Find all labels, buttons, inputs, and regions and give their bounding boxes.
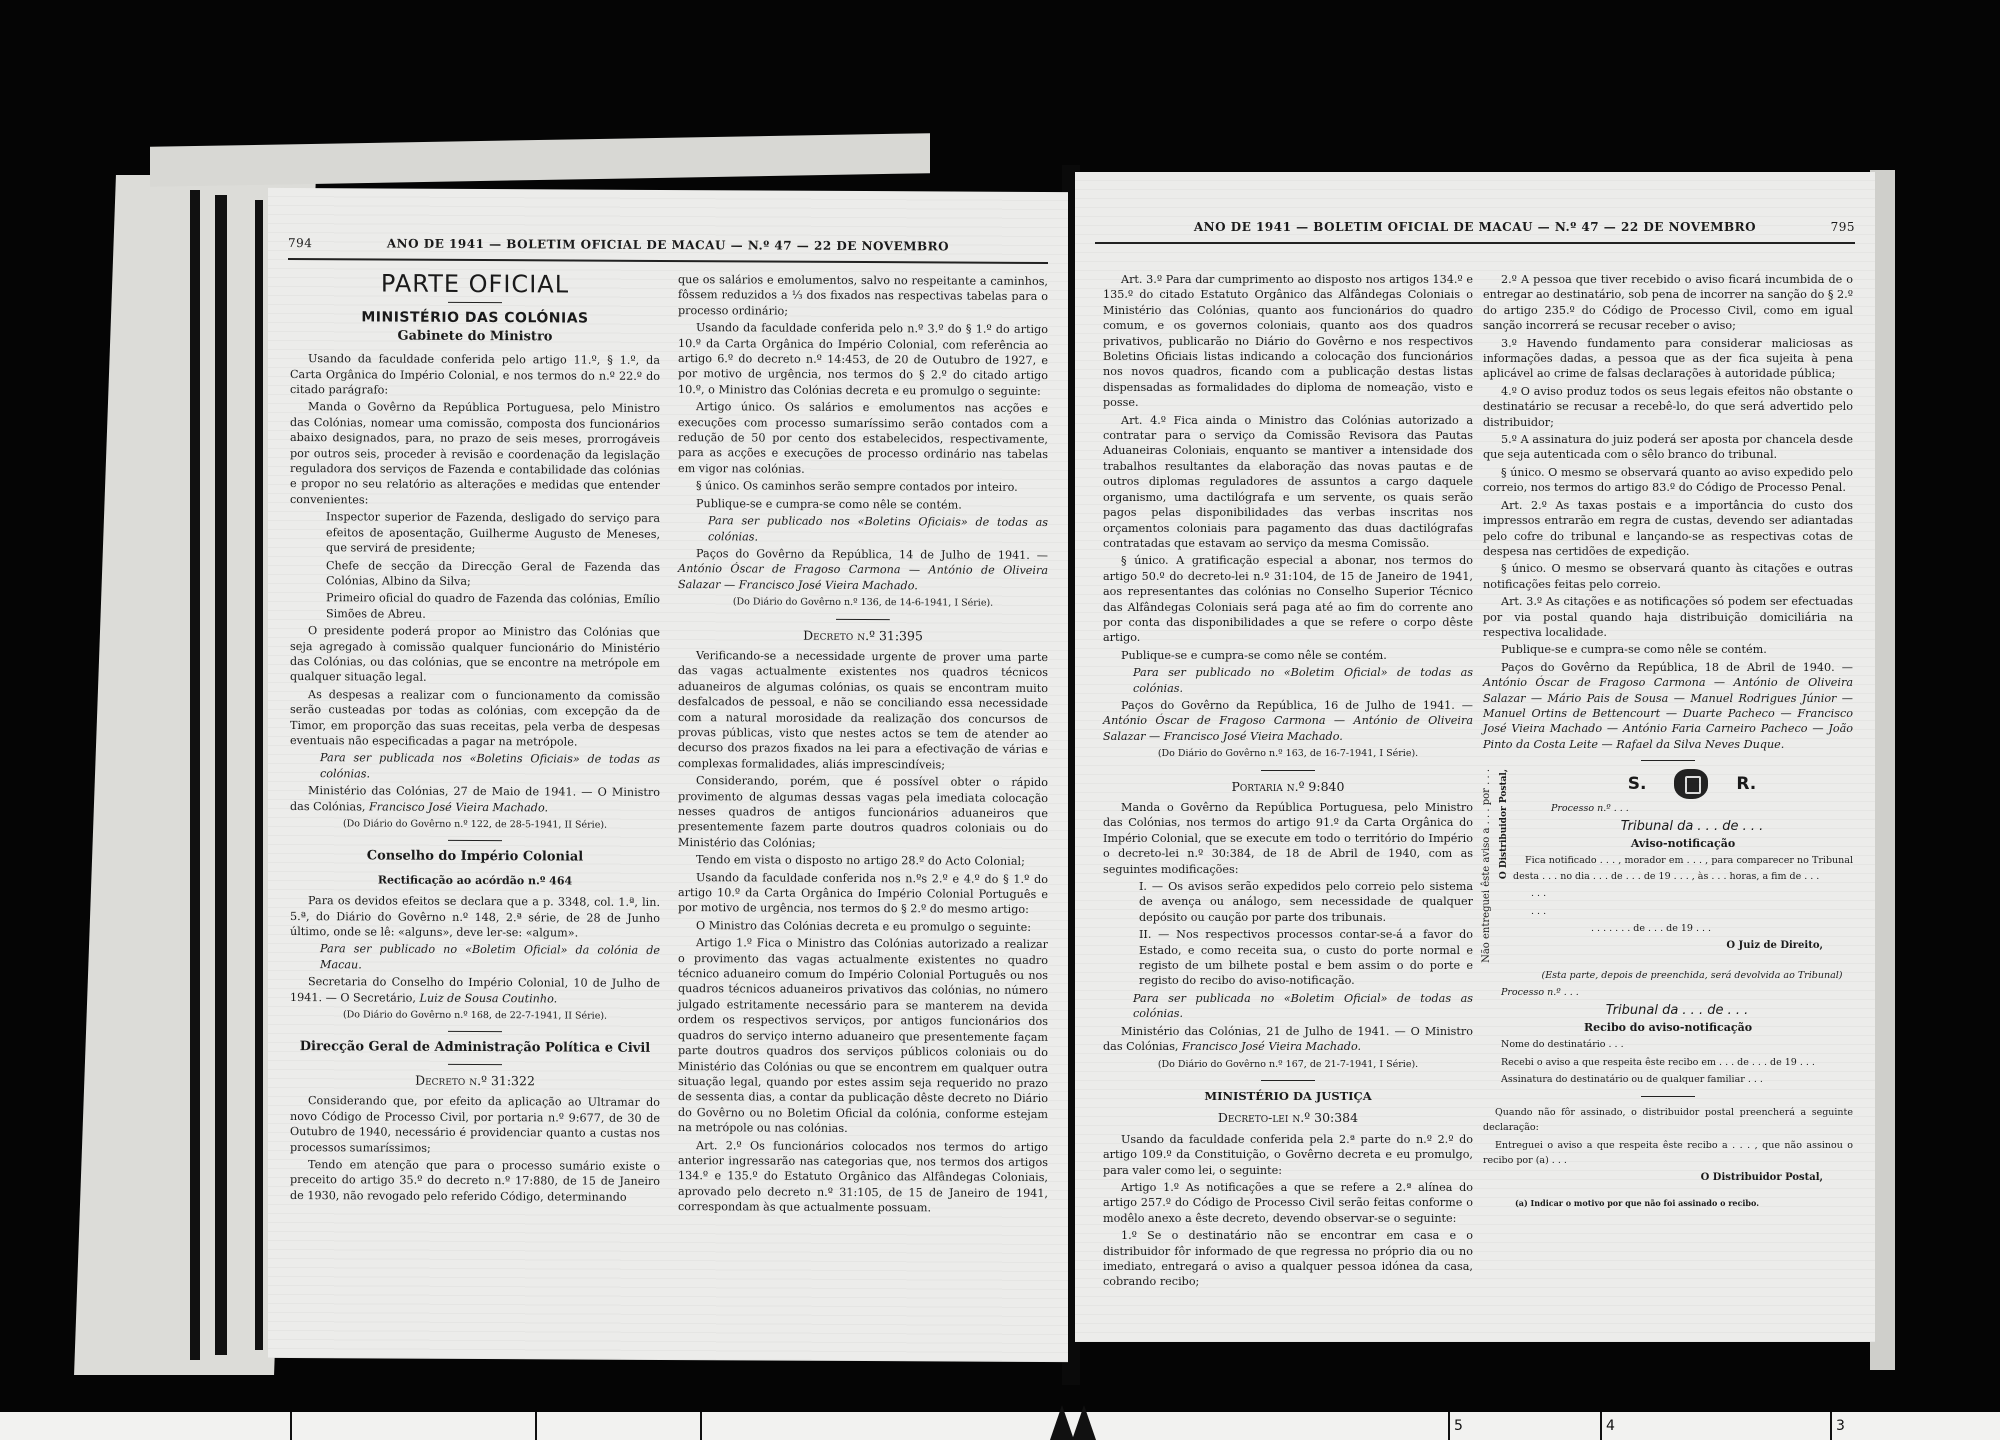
- divider: [448, 1064, 502, 1065]
- member-item: Inspector superior de Fazenda, desligado…: [290, 509, 660, 557]
- paragraph: Artigo 1.º Fica o Ministro das Colónias …: [678, 935, 1048, 1137]
- receipt-tribunal: Tribunal da . . . de . . .: [1483, 1003, 1853, 1018]
- page-stack-edge: [190, 190, 200, 1360]
- page-number: 795: [1831, 220, 1855, 234]
- film-tick: [1448, 1412, 1450, 1440]
- receipt-title: Recibo do aviso-notificação: [1483, 1020, 1853, 1035]
- paragraph: As despesas a realizar com o funcionamen…: [290, 687, 660, 751]
- divider: [836, 618, 890, 619]
- receipt-line: Assinatura do destinatário ou de qualque…: [1483, 1072, 1853, 1087]
- office-heading: Gabinete do Ministro: [290, 328, 660, 345]
- divider: [1641, 760, 1695, 761]
- form-tribunal: Tribunal da . . . de . . .: [1513, 819, 1853, 834]
- paragraph: Considerando, porém, que é possível obte…: [678, 773, 1048, 852]
- signatory-names: António Óscar de Fragoso Carmona — Antón…: [678, 562, 1048, 592]
- film-frame-label: 3: [1836, 1418, 1845, 1434]
- rectification-title: Rectificação ao acórdão n.º 464: [290, 872, 660, 889]
- form-return-note: (Esta parte, depois de preenchida, será …: [1513, 968, 1853, 983]
- ministry-heading: MINISTÉRIO DA JUSTIÇA: [1103, 1089, 1473, 1104]
- signatory-name: Francisco José Vieira Machado.: [369, 800, 548, 814]
- left-column-2: que os salários e emolumentos, salvo no …: [678, 272, 1048, 1218]
- form-header: S.R.: [1513, 769, 1853, 799]
- film-tick: [1830, 1412, 1832, 1440]
- paragraph: Art. 3.º Para dar cumprimento ao dispost…: [1103, 272, 1473, 411]
- divider: [1261, 770, 1315, 771]
- running-title: ANO DE 1941 — BOLETIM OFICIAL DE MACAU —…: [1095, 220, 1855, 234]
- film-tick: [535, 1412, 537, 1440]
- divider: [1641, 1096, 1695, 1097]
- paragraph: Art. 2.º Os funcionários colocados nos t…: [678, 1138, 1048, 1217]
- paragraph: Usando da faculdade conferida pela 2.ª p…: [1103, 1132, 1473, 1178]
- signature-line: Paços do Govêrno da República, 14 de Jul…: [678, 546, 1048, 594]
- paragraph: Art. 4.º Fica ainda o Ministro das Colón…: [1103, 413, 1473, 552]
- paragraph: O presidente poderá propor ao Ministro d…: [290, 623, 660, 687]
- directorate-heading: Direcção Geral de Administração Política…: [290, 1039, 660, 1056]
- paragraph: Verificando-se a necessidade urgente de …: [678, 648, 1048, 773]
- divider: [448, 1031, 502, 1032]
- paragraph: § único. O mesmo se observará quanto ao …: [1483, 465, 1853, 496]
- decree-title: Decreto n.º 31:395: [678, 627, 1048, 644]
- paragraph: Usando da faculdade conferida pelo n.º 3…: [678, 320, 1048, 399]
- divider: [448, 302, 502, 303]
- source-reference: (Do Diário do Govêrno n.º 168, de 22-7-1…: [290, 1007, 660, 1024]
- paragraph: Publique-se e cumpra-se como nêle se con…: [1483, 642, 1853, 657]
- paragraph: Publique-se e cumpra-se como nêle se con…: [678, 496, 1048, 513]
- signature-text: Paços do Govêrno da República, 18 de Abr…: [1501, 661, 1853, 674]
- ministry-heading: MINISTÉRIO DAS COLÓNIAS: [290, 310, 660, 327]
- film-tick: [290, 1412, 292, 1440]
- source-reference: (Do Diário do Govêrno n.º 163, de 16-7-1…: [1103, 746, 1473, 761]
- form-side-signature: O Distribuidor Postal,: [1497, 769, 1512, 879]
- coat-of-arms-icon: [1674, 769, 1708, 799]
- right-column-1: Art. 3.º Para dar cumprimento ao dispost…: [1103, 272, 1473, 1292]
- paragraph: § único. Os caminhos serão sempre contad…: [678, 478, 1048, 495]
- member-item: Primeiro oficial do quadro de Fazenda da…: [290, 590, 660, 623]
- paragraph: Artigo único. Os salários e emolumentos …: [678, 399, 1048, 478]
- signature-line: Ministério das Colónias, 21 de Julho de …: [1103, 1024, 1473, 1055]
- page-stack-edge: [215, 195, 227, 1355]
- decree-law-title: Decreto-lei n.º 30:384: [1103, 1110, 1473, 1125]
- film-strip: [0, 1412, 2000, 1440]
- paragraph: 4.º O aviso produz todos os seus legais …: [1483, 384, 1853, 430]
- decree-title: Decreto n.º 31:322: [290, 1072, 660, 1089]
- paragraph: Considerando que, por efeito da aplicaçã…: [290, 1093, 660, 1157]
- form-side-note: Não entreguei êste aviso a . . . por . .…: [1479, 769, 1494, 963]
- paragraph: Art. 3.º As citações e as notificações s…: [1483, 594, 1853, 640]
- page-stack-edge: [255, 200, 263, 1350]
- receipt-line: Nome do destinatário . . .: [1483, 1037, 1853, 1052]
- publication-note: Para ser publicado no «Boletim Oficial» …: [1103, 665, 1473, 696]
- paragraph: que os salários e emolumentos, salvo no …: [678, 272, 1048, 320]
- divider: [1261, 1080, 1315, 1081]
- paragraph: § único. A gratificação especial a abona…: [1103, 553, 1473, 645]
- paragraph: Para os devidos efeitos se declara que a…: [290, 893, 660, 941]
- paragraph: O Ministro das Colónias decreta e eu pro…: [678, 918, 1048, 935]
- receipt-processo: Processo n.º . . .: [1483, 985, 1853, 1000]
- signature-text: Paços do Govêrno da República, 16 de Jul…: [1121, 699, 1473, 712]
- form-processo: Processo n.º . . .: [1513, 801, 1853, 816]
- form-footnote: (a) Indicar o motivo por que não foi ass…: [1483, 1196, 1853, 1211]
- signature-line: Paços do Govêrno da República, 18 de Abr…: [1483, 660, 1853, 752]
- form-title: Aviso-notificação: [1513, 836, 1853, 851]
- distributor-signature: O Distribuidor Postal,: [1483, 1170, 1853, 1185]
- source-reference: (Do Diário do Govêrno n.º 122, de 28-5-1…: [290, 816, 660, 833]
- left-page: 794 ANO DE 1941 — BOLETIM OFICIAL DE MAC…: [268, 188, 1068, 1362]
- receipt-line: Recebi o aviso a que respeita êste recib…: [1483, 1055, 1853, 1070]
- paragraph: Manda o Govêrno da República Portuguesa,…: [1103, 800, 1473, 877]
- paragraph: Usando da faculdade conferida nos n.ºs 2…: [678, 870, 1048, 918]
- paragraph: Manda o Govêrno da República Portuguesa,…: [290, 399, 660, 509]
- paragraph: Art. 2.º As taxas postais e a importânci…: [1483, 498, 1853, 560]
- source-reference: (Do Diário do Govêrno n.º 136, de 14-6-1…: [678, 594, 1048, 611]
- paragraph: 5.º A assinatura do juiz poderá ser apos…: [1483, 432, 1853, 463]
- publication-note: Para ser publicado nos «Boletins Oficiai…: [678, 513, 1048, 546]
- right-column-2: 2.º A pessoa que tiver recebido o aviso …: [1483, 272, 1853, 1213]
- film-tick: [700, 1412, 702, 1440]
- form-s: S.: [1628, 774, 1647, 794]
- form-date-line: . . . . . . . de . . . de 19 . . .: [1513, 921, 1853, 936]
- film-center-marker-icon: [1050, 1405, 1074, 1440]
- paragraph: Usando da faculdade conferida pelo artig…: [290, 351, 660, 399]
- publication-note: Para ser publicada no «Boletim Oficial» …: [1103, 991, 1473, 1022]
- publication-note: Para ser publicado no «Boletim Oficial» …: [290, 941, 660, 974]
- page-stack-top: [150, 133, 930, 187]
- paragraph: 3.º Havendo fundamento para considerar m…: [1483, 336, 1853, 382]
- receipt-declaration: Entreguei o aviso a que respeita êste re…: [1483, 1138, 1853, 1169]
- paragraph: Publique-se e cumpra-se como nêle se con…: [1103, 648, 1473, 663]
- signature-line: Paços do Govêrno da República, 16 de Jul…: [1103, 698, 1473, 744]
- notification-form-model: Não entreguei êste aviso a . . . por . .…: [1483, 769, 1853, 983]
- running-title: ANO DE 1941 — BOLETIM OFICIAL DE MACAU —…: [288, 236, 1048, 254]
- film-tick: [1600, 1412, 1602, 1440]
- signatory-names: António Óscar de Fragoso Carmona — Antón…: [1103, 714, 1473, 742]
- form-text: Fica notificado . . . , morador em . . .…: [1513, 853, 1853, 884]
- signatory-name: Francisco José Vieira Machado.: [1182, 1040, 1361, 1053]
- left-column-1: PARTE OFICIAL MINISTÉRIO DAS COLÓNIAS Ga…: [290, 270, 660, 1207]
- divider: [448, 840, 502, 841]
- council-heading: Conselho do Império Colonial: [290, 848, 660, 865]
- signatory-names: António Óscar de Fragoso Carmona — Antón…: [1483, 676, 1853, 751]
- paragraph: 1.º Se o destinatário não se encontrar e…: [1103, 1228, 1473, 1290]
- member-item: Chefe de secção da Direcção Geral de Faz…: [290, 558, 660, 591]
- paragraph: § único. O mesmo se observará quanto às …: [1483, 561, 1853, 592]
- paragraph: Tendo em vista o disposto no artigo 28.º…: [678, 852, 1048, 869]
- running-head: 794 ANO DE 1941 — BOLETIM OFICIAL DE MAC…: [288, 236, 1048, 264]
- section-title: PARTE OFICIAL: [290, 276, 660, 293]
- publication-note: Para ser publicada nos «Boletins Oficiai…: [290, 750, 660, 783]
- form-judge-signature: O Juiz de Direito,: [1513, 938, 1853, 953]
- film-frame-label: 5: [1454, 1418, 1463, 1434]
- film-center-marker-icon: [1072, 1405, 1096, 1440]
- form-r: R.: [1736, 774, 1756, 794]
- signatory-name: Luiz de Sousa Coutinho.: [420, 991, 558, 1005]
- receipt-instruction: Quando não fôr assinado, o distribuidor …: [1483, 1105, 1853, 1136]
- paragraph: 2.º A pessoa que tiver recebido o aviso …: [1483, 272, 1853, 334]
- signature-line: Secretaria do Conselho do Império Coloni…: [290, 974, 660, 1007]
- signature-line: Ministério das Colónias, 27 de Maio de 1…: [290, 783, 660, 816]
- form-dots: . . .: [1513, 886, 1853, 901]
- list-item: II. — Nos respectivos processos contar-s…: [1103, 927, 1473, 989]
- form-dots: . . .: [1513, 904, 1853, 919]
- film-frame-label: 4: [1606, 1418, 1615, 1434]
- right-page: ANO DE 1941 — BOLETIM OFICIAL DE MACAU —…: [1075, 172, 1875, 1342]
- list-item: I. — Os avisos serão expedidos pelo corr…: [1103, 879, 1473, 925]
- paragraph: Tendo em atenção que para o processo sum…: [290, 1157, 660, 1205]
- paragraph: Artigo 1.º As notificações a que se refe…: [1103, 1180, 1473, 1226]
- running-head: ANO DE 1941 — BOLETIM OFICIAL DE MACAU —…: [1095, 220, 1855, 244]
- signature-text: Paços do Govêrno da República, 14 de Jul…: [696, 547, 1048, 562]
- source-reference: (Do Diário do Govêrno n.º 167, de 21-7-1…: [1103, 1057, 1473, 1072]
- portaria-title: Portaria n.º 9:840: [1103, 779, 1473, 794]
